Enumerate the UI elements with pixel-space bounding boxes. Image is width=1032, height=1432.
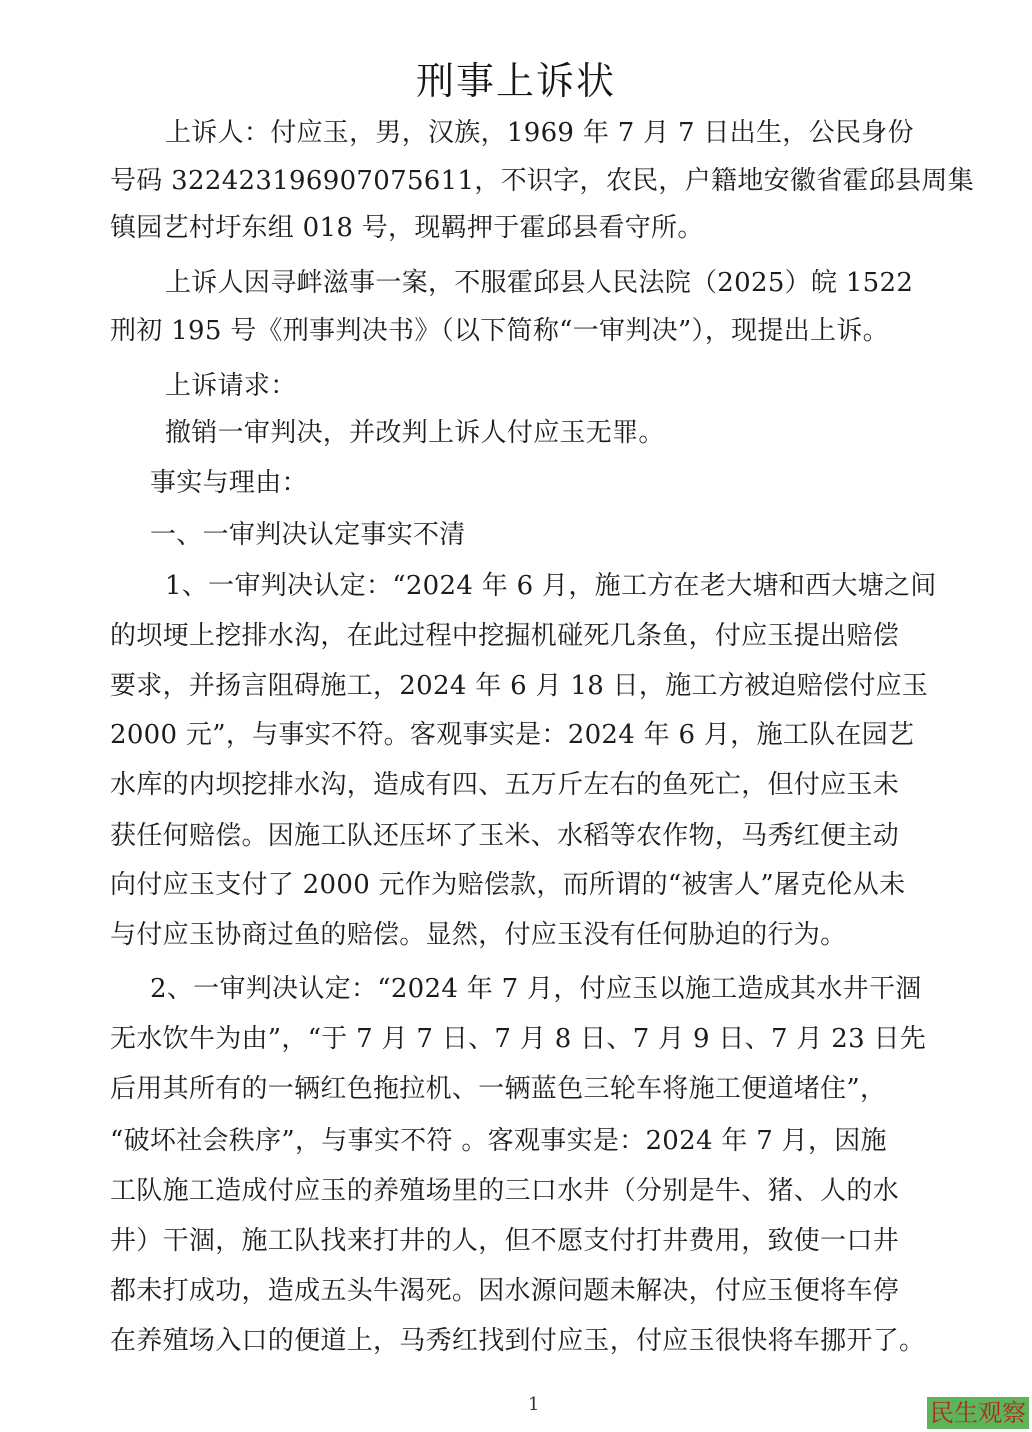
point-1-line-6: 获任何赔偿。因施工队还压坏了玉米、水稻等农作物，马秀红便主动 — [110, 815, 899, 852]
appellant-info-line-3: 镇园艺村圩东组 018 号，现羁押于霍邱县看守所。 — [110, 207, 704, 244]
document-title: 刑事上诉状 — [0, 50, 1032, 105]
point-2-line-3: 后用其所有的一辆红色拖拉机、一辆蓝色三轮车将施工便道堵住”， — [110, 1068, 886, 1105]
document-page: 刑事上诉状 上诉人：付应玉，男，汉族，1969 年 7 月 7 日出生，公民身份… — [0, 0, 1032, 1432]
appeal-request-text: 撤销一审判决，并改判上诉人付应玉无罪。 — [165, 412, 665, 449]
point-2-line-5: 工队施工造成付应玉的养殖场里的三口水井（分别是牛、猪、人的水 — [110, 1170, 899, 1207]
point-2-line-8: 在养殖场入口的便道上，马秀红找到付应玉，付应玉很快将车挪开了。 — [110, 1320, 925, 1357]
appellant-info-line-2: 号码 322423196907075611，不识字，农民，户籍地安徽省霍邱县周集 — [110, 160, 974, 197]
watermark-badge: 民生观察 — [927, 1397, 1029, 1429]
point-1-line-1: 1、一审判决认定：“2024 年 6 月，施工方在老大塘和西大塘之间 — [165, 565, 937, 602]
point-1-line-5: 水库的内坝挖排水沟，造成有四、五万斤左右的鱼死亡，但付应玉未 — [110, 764, 899, 801]
case-intro-line-1: 上诉人因寻衅滋事一案，不服霍邱县人民法院（2025）皖 1522 — [165, 262, 913, 299]
point-2-line-7: 都未打成功，造成五头牛渴死。因水源问题未解决，付应玉便将车停 — [110, 1270, 899, 1307]
appeal-request-heading: 上诉请求： — [165, 365, 297, 402]
point-2-line-2: 无水饮牛为由”，“于 7 月 7 日、7 月 8 日、7 月 9 日、7 月 2… — [110, 1018, 926, 1055]
point-1-line-7: 向付应玉支付了 2000 元作为赔偿款，而所谓的“被害人”屠克伦从未 — [110, 864, 905, 901]
point-1-line-4: 2000 元”，与事实不符。客观事实是：2024 年 6 月，施工队在园艺 — [110, 714, 914, 751]
facts-reasons-heading: 事实与理由： — [150, 462, 308, 499]
point-1-line-8: 与付应玉协商过鱼的赔偿。显然，付应玉没有任何胁迫的行为。 — [110, 914, 846, 951]
point-2-line-4: “破坏社会秩序”，与事实不符 。客观事实是：2024 年 7 月，因施 — [110, 1120, 887, 1157]
point-1-line-2: 的坝埂上挖排水沟，在此过程中挖掘机碰死几条鱼，付应玉提出赔偿 — [110, 615, 899, 652]
point-2-line-1: 2、一审判决认定：“2024 年 7 月，付应玉以施工造成其水井干涸 — [150, 968, 922, 1005]
point-1-line-3: 要求，并扬言阻碍施工，2024 年 6 月 18 日，施工方被迫赔偿付应玉 — [110, 665, 928, 702]
case-intro-line-2: 刑初 195 号《刑事判决书》（以下简称“一审判决”），现提出上诉。 — [110, 310, 889, 347]
appellant-info-line-1: 上诉人：付应玉，男，汉族，1969 年 7 月 7 日出生，公民身份 — [165, 112, 914, 149]
point-2-line-6: 井）干涸，施工队找来打井的人，但不愿支付打井费用，致使一口井 — [110, 1220, 899, 1257]
page-number: 1 — [528, 1394, 539, 1415]
section-one-heading: 一、一审判决认定事实不清 — [150, 514, 466, 551]
